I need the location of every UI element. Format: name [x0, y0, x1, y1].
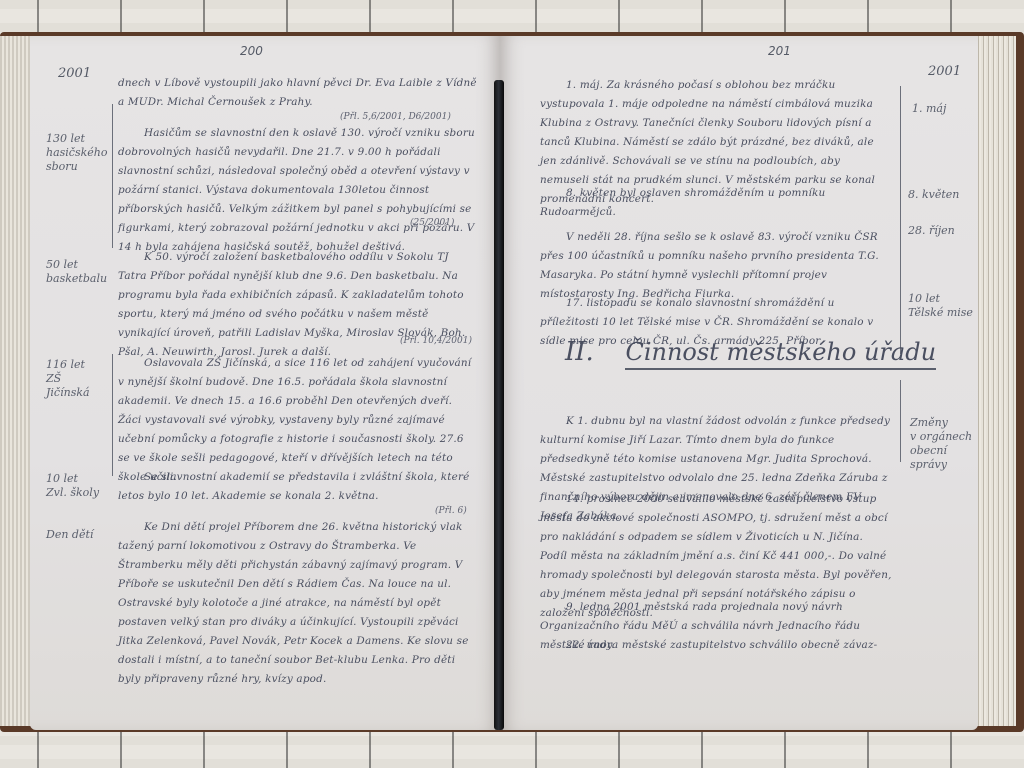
- year-label: 2001: [928, 64, 961, 79]
- left-page: 200 2001 dnech v Líbově vystoupili jako …: [30, 36, 500, 730]
- year-label: 2001: [58, 66, 91, 81]
- entry-reference: (Přl. 10,4/2001): [400, 336, 472, 346]
- left-page-edges: [0, 36, 34, 726]
- margin-note: 28. říjen: [908, 224, 974, 238]
- margin-note: 130 let hasičského sboru: [46, 132, 106, 174]
- entry-text: V neděli 28. října sešlo se k oslavě 83.…: [540, 228, 892, 304]
- bookmark-cord: [494, 80, 504, 730]
- margin-note: 8. květen: [908, 188, 974, 202]
- section-title: Činnost městského úřadu: [625, 338, 936, 370]
- page-number: 200: [240, 44, 263, 58]
- entry-reference: (25/2001): [410, 218, 454, 228]
- margin-note: Den dětí: [46, 528, 106, 542]
- margin-rule: [900, 380, 901, 462]
- margin-rule: [112, 104, 113, 248]
- entry-text: 22. února městské zastupitelstvo schváli…: [540, 636, 892, 655]
- entry-text: Se slavnostní akademií se představila i …: [118, 468, 478, 506]
- margin-note: Změny v orgánech obecní správy: [910, 416, 974, 472]
- open-chronicle-book: 200 2001 dnech v Líbově vystoupili jako …: [0, 32, 1024, 738]
- entry-text: dnech v Líbově vystoupili jako hlavní pě…: [118, 74, 478, 112]
- section-heading: II. Činnost městského úřadu: [565, 337, 936, 367]
- entry-text: Hasičům se slavnostní den k oslavě 130. …: [118, 124, 478, 257]
- margin-note: 1. máj: [912, 102, 974, 116]
- margin-rule: [900, 86, 901, 354]
- margin-note: 10 let Tělské mise: [908, 292, 974, 320]
- margin-note: 116 let ZŠ Jičínská: [46, 358, 106, 400]
- entry-text: Ke Dni dětí projel Příborem dne 26. květ…: [118, 518, 478, 689]
- margin-note: 50 let basketbalu: [46, 258, 106, 286]
- entry-text: 8. květen byl oslaven shromážděním u pom…: [540, 184, 892, 222]
- section-number: II.: [565, 337, 594, 367]
- entry-reference: (Přl. 5,6/2001, D6/2001): [340, 112, 451, 122]
- margin-rule: [112, 354, 113, 476]
- entry-reference: (Přl. 6): [435, 506, 467, 516]
- right-page-edges: [976, 36, 1016, 726]
- page-number: 201: [768, 44, 791, 58]
- margin-note: 10 let Zvl. školy: [46, 472, 106, 500]
